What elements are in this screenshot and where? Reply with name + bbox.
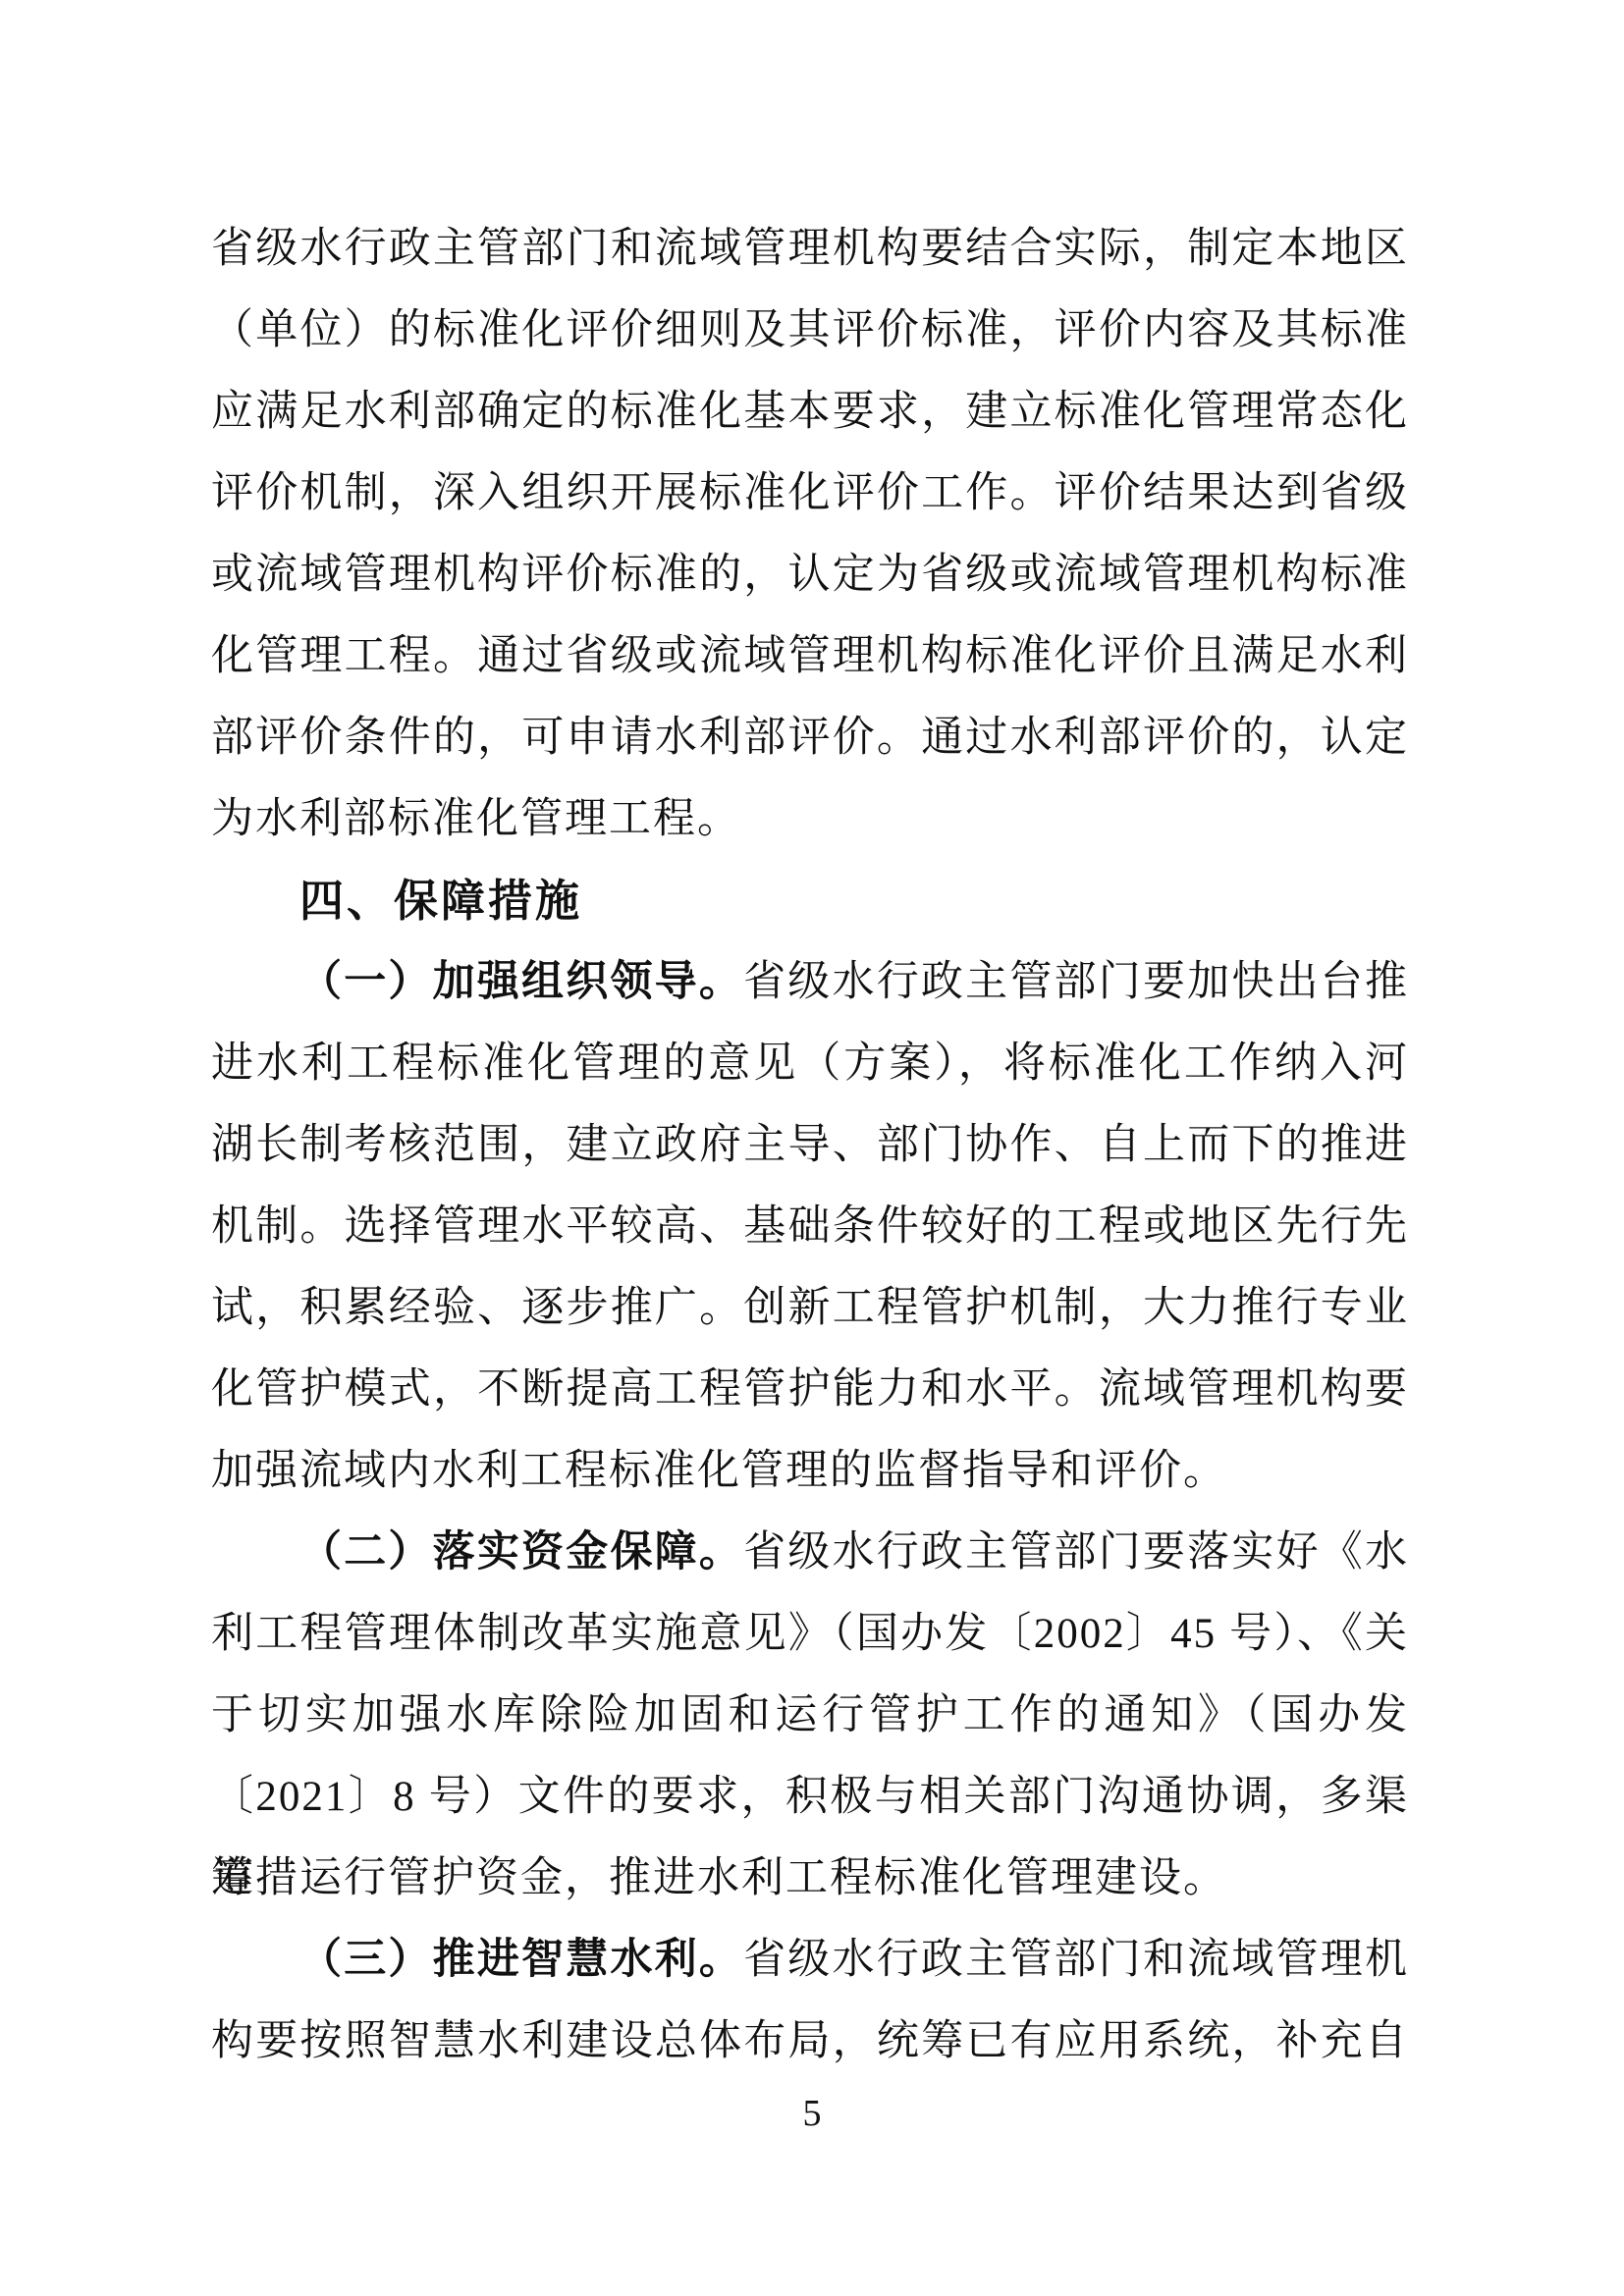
text-line: 或流域管理机构评价标准的，认定为省级或流域管理机构标准 bbox=[211, 534, 1409, 615]
body-text: 省级水行政主管部门要加快出台推 bbox=[743, 959, 1409, 1005]
body-text: 省级水行政主管部门要落实好《水 bbox=[743, 1529, 1409, 1575]
body-text: 应满足水利部确定的标准化基本要求，建立标准化管理常态化 bbox=[211, 389, 1409, 435]
text-line: （三）推进智慧水利。省级水行政主管部门和流域管理机 bbox=[211, 1919, 1409, 2001]
body-text: 为水利部标准化管理工程。 bbox=[211, 796, 741, 842]
text-line: 化管护模式，不断提高工程管护能力和水平。流域管理机构要 bbox=[211, 1349, 1409, 1430]
text-line: 评价机制，深入组织开展标准化评价工作。评价结果达到省级 bbox=[211, 453, 1409, 534]
body-text: 部评价条件的，可申请水利部评价。通过水利部评价的，认定 bbox=[211, 715, 1409, 761]
document-page: 省级水行政主管部门和流域管理机构要结合实际，制定本地区（单位）的标准化评价细则及… bbox=[0, 0, 1624, 2296]
text-line: 于切实加强水库除险加固和运行管护工作的通知》（国办发 bbox=[211, 1675, 1409, 1756]
paragraph-lead: （一）加强组织领导。 bbox=[299, 959, 743, 1005]
body-text: 利工程管理体制改革实施意见》（国办发〔2002〕45 号）、《关 bbox=[211, 1611, 1409, 1657]
body-text: 化管理工程。通过省级或流域管理机构标准化评价且满足水利 bbox=[211, 633, 1409, 679]
text-line: 构要按照智慧水利建设总体布局，统筹已有应用系统，补充自 bbox=[211, 2001, 1409, 2082]
text-line: 湖长制考核范围，建立政府主导、部门协作、自上而下的推进 bbox=[211, 1104, 1409, 1186]
text-line: （二）落实资金保障。省级水行政主管部门要落实好《水 bbox=[211, 1512, 1409, 1593]
body-text: 进水利工程标准化管理的意见（方案），将标准化工作纳入河 bbox=[211, 1041, 1409, 1087]
body-text: 筹措运行管护资金，推进水利工程标准化管理建设。 bbox=[211, 1855, 1227, 1901]
body-text: 省级水行政主管部门和流域管理机 bbox=[743, 1937, 1409, 1983]
body-text: 湖长制考核范围，建立政府主导、部门协作、自上而下的推进 bbox=[211, 1122, 1409, 1168]
text-line: 进水利工程标准化管理的意见（方案），将标准化工作纳入河 bbox=[211, 1023, 1409, 1104]
body-text: 机制。选择管理水平较高、基础条件较好的工程或地区先行先 bbox=[211, 1203, 1409, 1250]
body-text: 评价机制，深入组织开展标准化评价工作。评价结果达到省级 bbox=[211, 470, 1409, 516]
document-body: 省级水行政主管部门和流域管理机构要结合实际，制定本地区（单位）的标准化评价细则及… bbox=[211, 208, 1409, 2082]
text-line: 筹措运行管护资金，推进水利工程标准化管理建设。 bbox=[211, 1838, 1409, 1919]
text-line: 化管理工程。通过省级或流域管理机构标准化评价且满足水利 bbox=[211, 615, 1409, 697]
body-text: 省级水行政主管部门和流域管理机构要结合实际，制定本地区 bbox=[211, 226, 1409, 272]
text-line: 利工程管理体制改革实施意见》（国办发〔2002〕45 号）、《关 bbox=[211, 1593, 1409, 1675]
text-line: （单位）的标准化评价细则及其评价标准，评价内容及其标准 bbox=[211, 290, 1409, 371]
text-line: 省级水行政主管部门和流域管理机构要结合实际，制定本地区 bbox=[211, 208, 1409, 290]
body-text: 试，积累经验、逐步推广。创新工程管护机制，大力推行专业 bbox=[211, 1285, 1409, 1331]
text-line: 加强流域内水利工程标准化管理的监督指导和评价。 bbox=[211, 1430, 1409, 1512]
section-heading: 四、保障措施 bbox=[299, 876, 582, 926]
paragraph-lead: （三）推进智慧水利。 bbox=[299, 1937, 743, 1983]
body-text: 化管护模式，不断提高工程管护能力和水平。流域管理机构要 bbox=[211, 1366, 1409, 1413]
body-text: （单位）的标准化评价细则及其评价标准，评价内容及其标准 bbox=[211, 307, 1409, 353]
text-line: 〔2021〕8 号）文件的要求，积极与相关部门沟通协调，多渠道 bbox=[211, 1756, 1409, 1838]
text-line: 为水利部标准化管理工程。 bbox=[211, 778, 1409, 860]
text-line: 四、保障措施 bbox=[211, 860, 1409, 941]
body-text: 于切实加强水库除险加固和运行管护工作的通知》（国办发 bbox=[211, 1692, 1409, 1738]
text-line: 机制。选择管理水平较高、基础条件较好的工程或地区先行先 bbox=[211, 1186, 1409, 1267]
body-text: 或流域管理机构评价标准的，认定为省级或流域管理机构标准 bbox=[211, 552, 1409, 598]
body-text: 加强流域内水利工程标准化管理的监督指导和评价。 bbox=[211, 1448, 1227, 1494]
page-number: 5 bbox=[0, 2087, 1624, 2140]
paragraph-lead: （二）落实资金保障。 bbox=[299, 1529, 743, 1575]
text-line: 应满足水利部确定的标准化基本要求，建立标准化管理常态化 bbox=[211, 371, 1409, 453]
body-text: 构要按照智慧水利建设总体布局，统筹已有应用系统，补充自 bbox=[211, 2018, 1409, 2064]
text-line: （一）加强组织领导。省级水行政主管部门要加快出台推 bbox=[211, 941, 1409, 1023]
text-line: 部评价条件的，可申请水利部评价。通过水利部评价的，认定 bbox=[211, 697, 1409, 778]
text-line: 试，积累经验、逐步推广。创新工程管护机制，大力推行专业 bbox=[211, 1267, 1409, 1349]
